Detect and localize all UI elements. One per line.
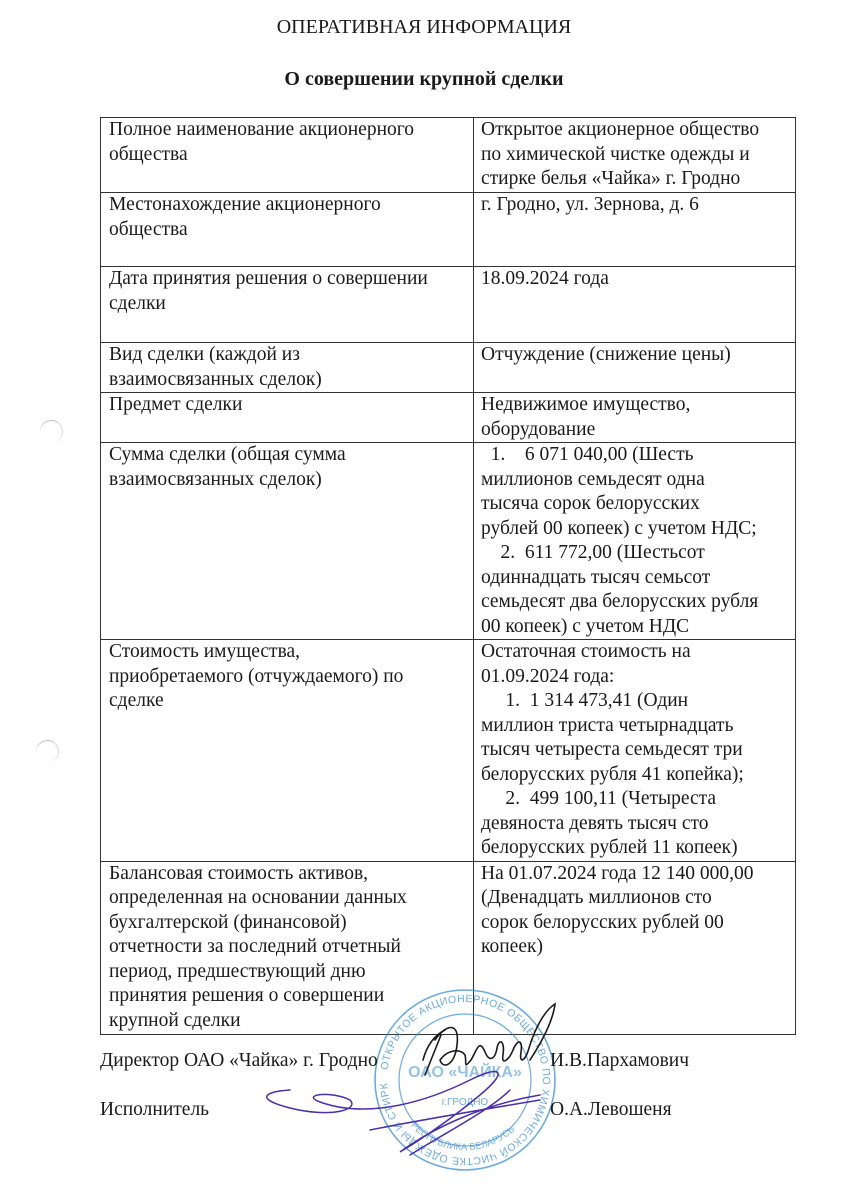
- value-line: 18.09.2024 года: [481, 267, 791, 292]
- label-line: Балансовая стоимость активов,: [109, 862, 467, 887]
- label-line: сделки: [109, 292, 467, 317]
- table-row: Предмет сделкиНедвижимое имущество,обору…: [101, 393, 796, 443]
- value-line: 00 копеек) с учетом НДС: [481, 615, 791, 640]
- table-row: Вид сделки (каждой извзаимосвязанных сде…: [101, 343, 796, 393]
- value-line: миллион триста четырнадцать: [481, 714, 791, 739]
- field-label: Стоимость имущества,приобретаемого (отчу…: [101, 640, 474, 862]
- field-value: г. Гродно, ул. Зернова, д. 6: [474, 193, 796, 267]
- value-line: 01.09.2024 года:: [481, 665, 791, 690]
- value-line: Отчуждение (снижение цены): [481, 343, 791, 368]
- table-row: Местонахождение акционерногообществаг. Г…: [101, 193, 796, 267]
- deal-info-table: Полное наименование акционерногообщества…: [100, 117, 796, 1035]
- label-line: сделке: [109, 689, 467, 714]
- table-row: Полное наименование акционерногообщества…: [101, 118, 796, 193]
- hole-punch-mark-top: [38, 418, 65, 445]
- field-label: Полное наименование акционерногообщества: [101, 118, 474, 193]
- field-label: Предмет сделки: [101, 393, 474, 443]
- value-line: белорусских рублей 11 копеек): [481, 836, 791, 861]
- field-label: Вид сделки (каждой извзаимосвязанных сде…: [101, 343, 474, 393]
- label-line: период, предшествующий дню: [109, 960, 467, 985]
- label-line: определенная на основании данных: [109, 886, 467, 911]
- value-line: (Двенадцать миллионов сто: [481, 886, 791, 911]
- label-line: Предмет сделки: [109, 393, 467, 418]
- director-name: И.В.Пархамович: [550, 1050, 689, 1072]
- value-line: 2. 499 100,11 (Четыреста: [481, 787, 791, 812]
- field-label: Сумма сделки (общая суммавзаимосвязанных…: [101, 443, 474, 640]
- value-line: 2. 611 772,00 (Шестьсот: [481, 541, 791, 566]
- field-value: Открытое акционерное обществопо химическ…: [474, 118, 796, 193]
- table-row: Сумма сделки (общая суммавзаимосвязанных…: [101, 443, 796, 640]
- value-line: Открытое акционерное общество: [481, 118, 791, 143]
- label-line: отчетности за последний отчетный: [109, 935, 467, 960]
- label-line: Полное наименование акционерного: [109, 118, 467, 143]
- field-value: Недвижимое имущество,оборудование: [474, 393, 796, 443]
- value-line: 1. 6 071 040,00 (Шесть: [481, 443, 791, 468]
- executor-role: Исполнитель: [100, 1099, 209, 1121]
- hole-punch-mark-bottom: [34, 738, 61, 765]
- value-line: Недвижимое имущество,: [481, 393, 791, 418]
- label-line: общества: [109, 143, 467, 168]
- document-subtitle: О совершении крупной сделки: [0, 68, 848, 91]
- value-line: по химической чистке одежды и: [481, 143, 791, 168]
- executor-name: О.А.Левошеня: [550, 1099, 672, 1121]
- executor-signature: [250, 1060, 550, 1160]
- value-line: г. Гродно, ул. Зернова, д. 6: [481, 193, 791, 218]
- value-line: сорок белорусских рублей 00: [481, 911, 791, 936]
- label-line: общества: [109, 218, 467, 243]
- value-line: одиннадцать тысяч семьсот: [481, 566, 791, 591]
- table-row: Дата принятия решения о совершениисделки…: [101, 267, 796, 343]
- value-line: стирке белья «Чайка» г. Гродно: [481, 167, 791, 192]
- label-line: приобретаемого (отчуждаемого) по: [109, 665, 467, 690]
- field-value: Остаточная стоимость на01.09.2024 года: …: [474, 640, 796, 862]
- field-label: Местонахождение акционерногообщества: [101, 193, 474, 267]
- label-line: Вид сделки (каждой из: [109, 343, 467, 368]
- value-line: семьдесят два белорусских рубля: [481, 590, 791, 615]
- value-line: белорусских рубля 41 копейка);: [481, 763, 791, 788]
- field-value: 18.09.2024 года: [474, 267, 796, 343]
- field-value: 1. 6 071 040,00 (Шестьмиллионов семьдеся…: [474, 443, 796, 640]
- value-line: На 01.07.2024 года 12 140 000,00: [481, 862, 791, 887]
- value-line: 1. 1 314 473,41 (Один: [481, 689, 791, 714]
- field-value: Отчуждение (снижение цены): [474, 343, 796, 393]
- label-line: взаимосвязанных сделок): [109, 468, 467, 493]
- value-line: копеек): [481, 935, 791, 960]
- value-line: тысяч четыреста семьдесят три: [481, 738, 791, 763]
- label-line: Местонахождение акционерного: [109, 193, 467, 218]
- label-line: Дата принятия решения о совершении: [109, 267, 467, 292]
- value-line: тысяча сорок белорусских: [481, 492, 791, 517]
- value-line: миллионов семьдесят одна: [481, 468, 791, 493]
- field-label: Дата принятия решения о совершениисделки: [101, 267, 474, 343]
- value-line: девяноста девять тысяч сто: [481, 812, 791, 837]
- label-line: бухгалтерской (финансовой): [109, 911, 467, 936]
- table-row: Стоимость имущества,приобретаемого (отчу…: [101, 640, 796, 862]
- label-line: Стоимость имущества,: [109, 640, 467, 665]
- document-title: ОПЕРАТИВНАЯ ИНФОРМАЦИЯ: [0, 16, 848, 39]
- value-line: рублей 00 копеек) с учетом НДС;: [481, 517, 791, 542]
- label-line: взаимосвязанных сделок): [109, 368, 467, 393]
- value-line: оборудование: [481, 418, 791, 443]
- label-line: Сумма сделки (общая сумма: [109, 443, 467, 468]
- value-line: Остаточная стоимость на: [481, 640, 791, 665]
